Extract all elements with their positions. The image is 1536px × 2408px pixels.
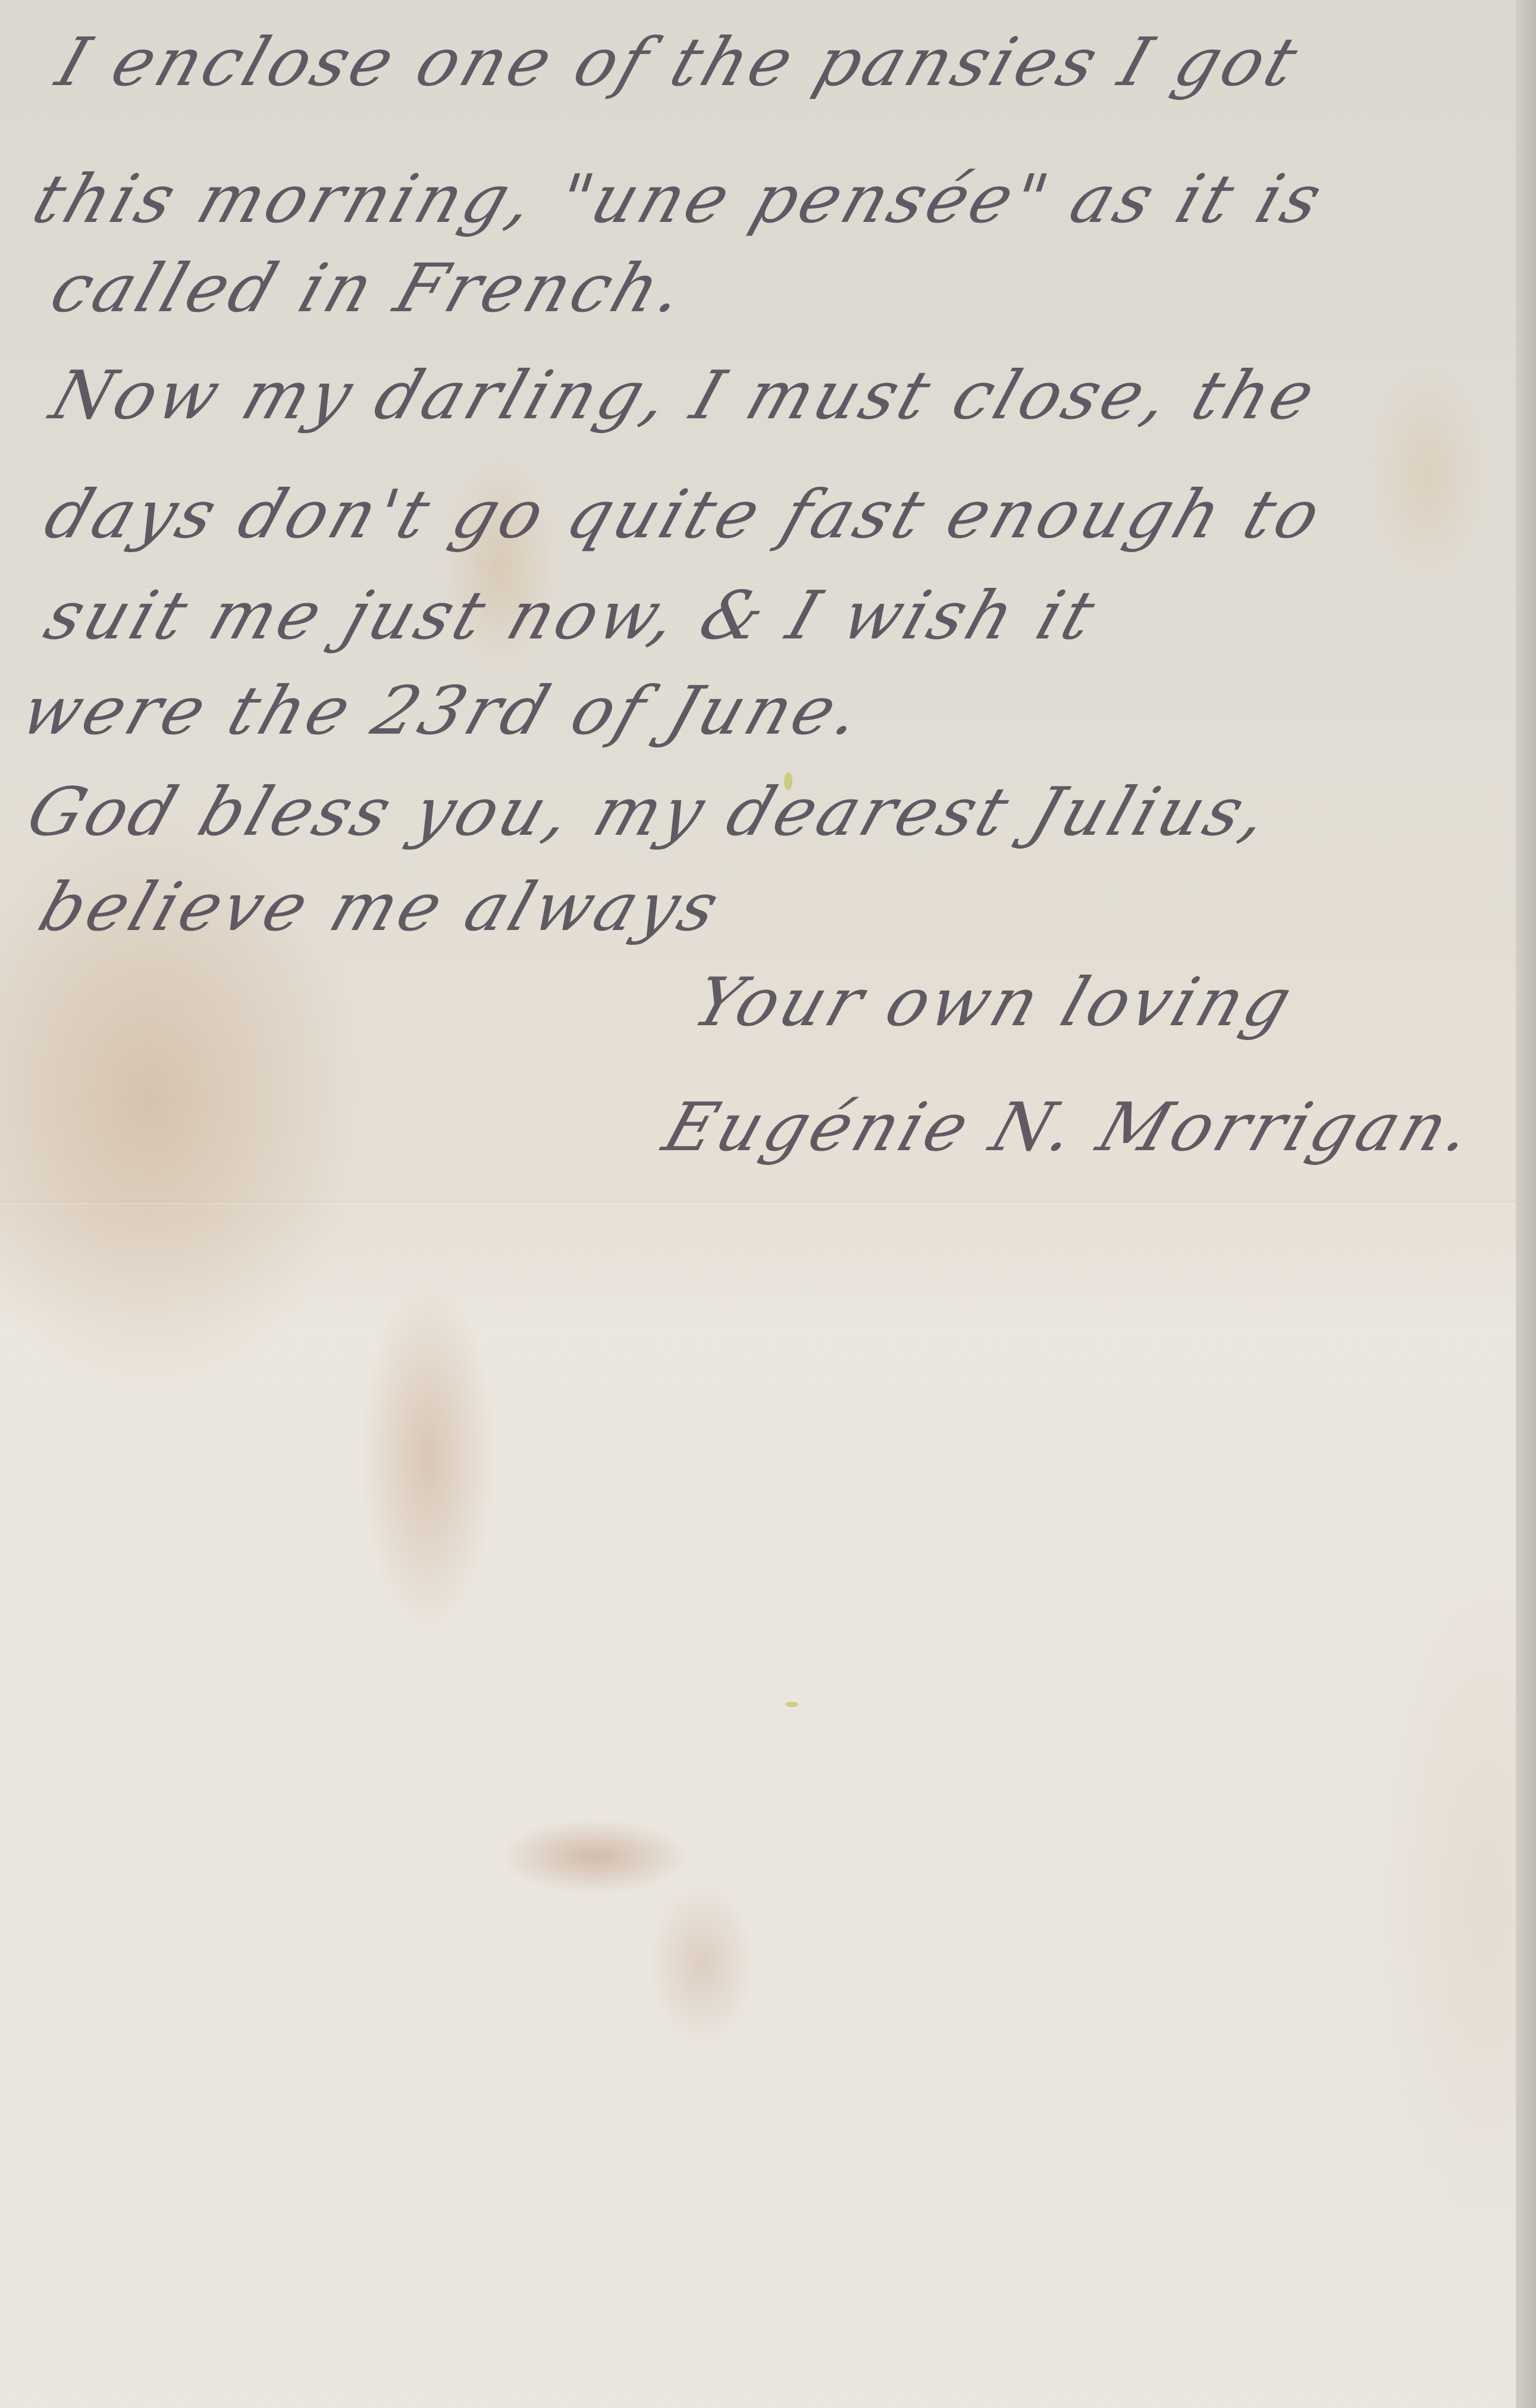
letter-line-7: were the 23rd of June.: [12, 672, 874, 750]
letter-line-6: suit me just now, & I wish it: [36, 577, 1108, 655]
letter-signature: Eugénie N. Morrigan.: [654, 1089, 1485, 1166]
letter-line-3: called in French.: [42, 250, 698, 327]
letter-line-8: God bless you, my dearest Julius,: [18, 774, 1281, 851]
paper-fold-crease: [0, 1201, 1516, 1204]
letter-line-9: believe me always: [30, 869, 731, 946]
letter-line-4: Now my darling, I must close, the: [42, 357, 1328, 434]
letter-line-1: I enclose one of the pansies I got: [48, 24, 1310, 101]
letter-closing: Your own loving: [684, 964, 1304, 1041]
pigment-speck: [784, 772, 792, 790]
pigment-speck: [785, 1702, 798, 1707]
page-edge-background: [1516, 0, 1536, 2408]
letter-line-5: days don't go quite fast enough to: [36, 476, 1333, 553]
letter-page: I enclose one of the pansies I got this …: [0, 0, 1516, 2408]
letter-line-2: this morning, "une pensée" as it is: [24, 161, 1334, 238]
